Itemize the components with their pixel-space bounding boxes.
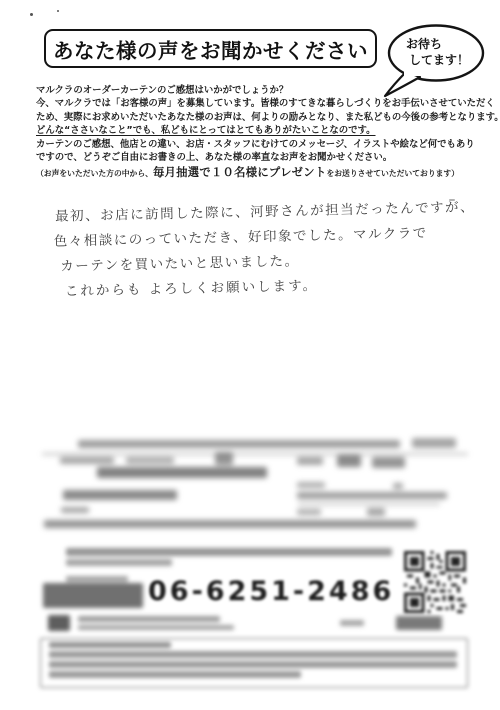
intro-line: ですので、どうぞご自由にお書きの上、あなた様の率直なお声をお聞かせください。 [36,151,474,164]
redacted-text [396,616,442,630]
redacted-text [66,559,172,566]
redacted-text [49,642,171,648]
redacted-text [297,492,447,499]
redacted-text [49,671,301,678]
redacted-text [297,482,325,488]
redacted-text [337,455,361,467]
speech-bubble-text: お待ち してます！ [406,37,469,68]
redacted-text [78,440,400,448]
redacted-text [49,651,457,658]
redacted-divider [42,453,468,455]
prize-line: （お声をいただいた方の中から、毎月抽選で１０名様にプレゼントをお送りさせていただ… [36,166,474,182]
store-phone-number: 06-6251-2486 [148,576,394,607]
blurred-form-section [0,428,500,546]
redacted-phone-label [43,583,143,608]
intro-line: 今、マルクラでは「お客様の声」を募集しています。皆様のすてきな暮らしづくりをお手… [36,97,474,110]
page-title: あなた様の声をお聞かせください [53,34,368,64]
qr-code [404,551,466,617]
blurred-fineprint-box [40,638,468,688]
redacted-text [49,661,457,668]
intro-line: カーテンのご感想、他店との違い、お店・スタッフにむけてのメッセージ、イラストや絵… [36,138,474,151]
intro-paragraph: マルクラのオーダーカーテンのご感想はいかがでしょうか？ 今、マルクラでは「お客様… [36,84,474,182]
redacted-text [393,483,403,489]
redacted-text [372,457,405,468]
redacted-name [97,467,267,478]
intro-line-underlined: どんな“ささいなこと”でも、私どもにとってはとてもありがたいことなのです。 [36,124,474,137]
redacted-underline [298,503,440,505]
redacted-text [367,508,385,516]
redacted-text [126,457,174,464]
redacted-text [78,616,220,622]
redacted-text [297,457,323,465]
redacted-text [66,576,128,582]
redacted-text [412,438,456,448]
scan-artifact-dot [30,13,33,16]
redacted-text [61,507,89,513]
redacted-text [78,625,234,630]
scan-artifact-dot [57,10,59,12]
scanned-feedback-sheet: あなた様の声をお聞かせください お待ち してます！ マルクラのオーダーカーテンの… [0,0,500,710]
title-box: あなた様の声をお聞かせください [44,29,377,68]
intro-line: ため、実際にお求めいただいたあなた様のお声は、何よりの励みとなり、また私どもの今… [36,111,474,124]
redacted-text [340,620,364,626]
redacted-text [60,457,114,464]
redacted-text [297,509,321,515]
handwritten-note: 最初、お店に訪問した際に、河野さんが担当だったんですが、 色々相談にのっていただ… [55,195,477,305]
redacted-text [215,452,233,465]
intro-line: マルクラのオーダーカーテンのご感想はいかがでしょうか？ [36,84,474,97]
redacted-text [44,520,416,528]
map-logo-block [48,615,70,631]
redacted-text [66,548,392,556]
redacted-phone [63,490,177,500]
